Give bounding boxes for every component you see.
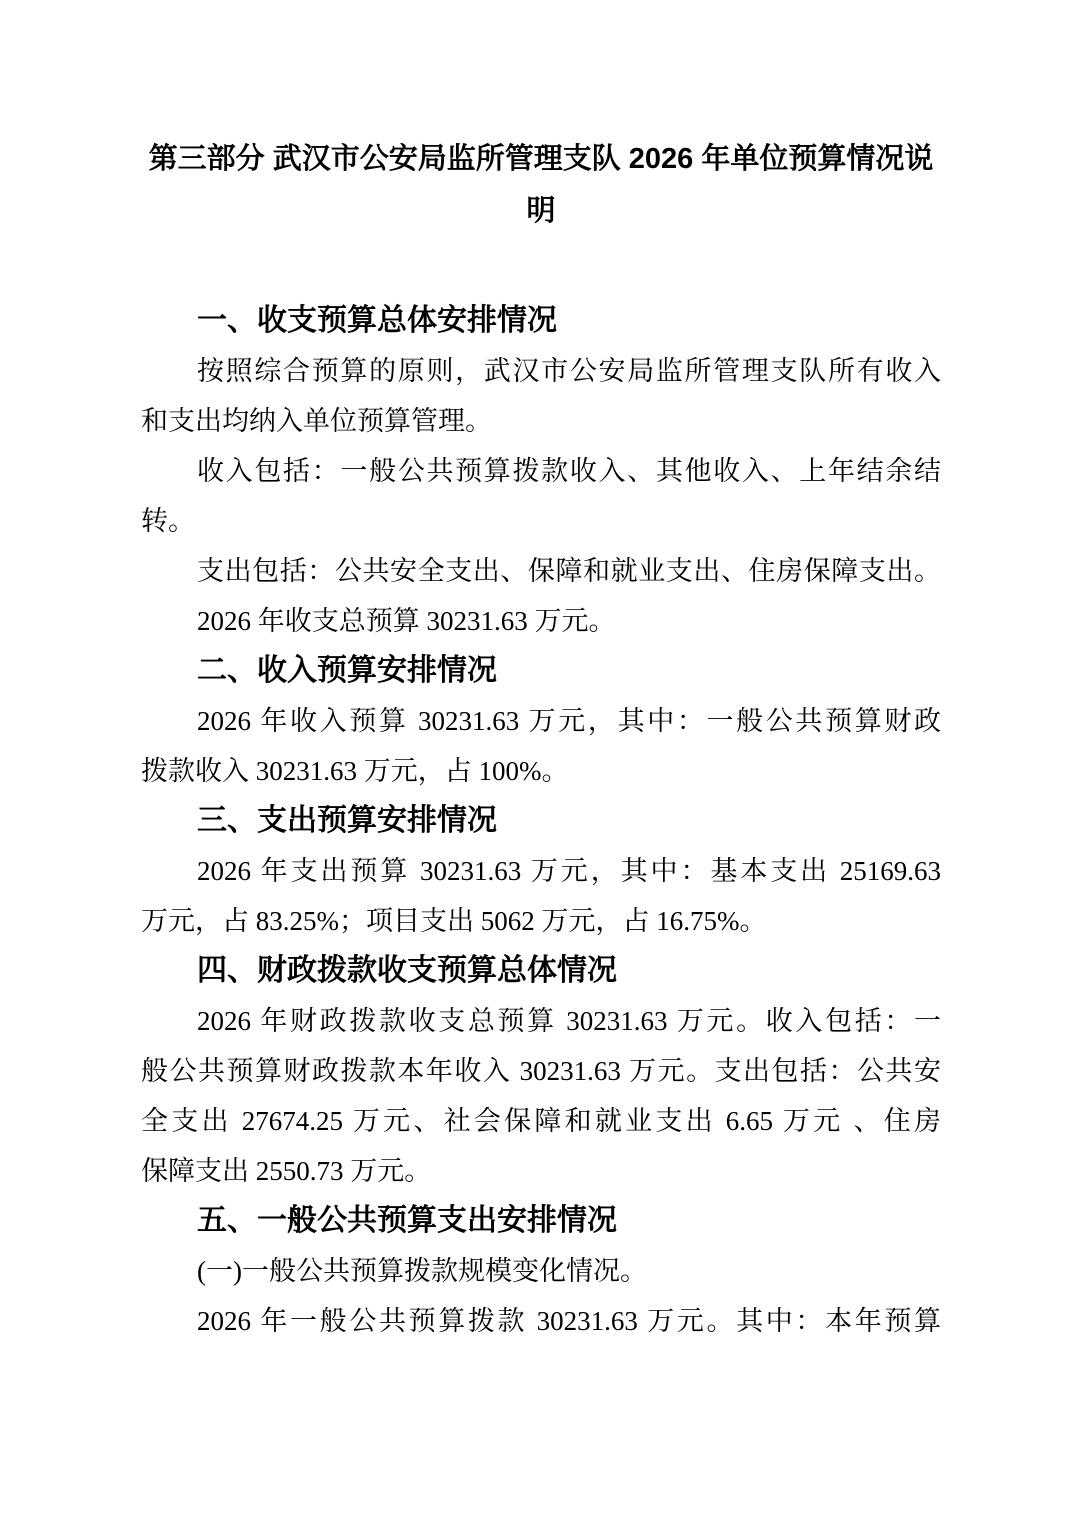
paragraph-line: 保障支出 2550.73 万元。: [141, 1146, 941, 1196]
paragraph-line: 和支出均纳入单位预算管理。: [141, 396, 941, 446]
paragraph-line: 收入包括：一般公共预算拨款收入、其他收入、上年结余结: [141, 446, 941, 496]
paragraph-line: 支出包括：公共安全支出、保障和就业支出、住房保障支出。: [141, 546, 941, 596]
paragraph-line: 2026 年收入预算 30231.63 万元，其中：一般公共预算财政: [141, 696, 941, 746]
paragraph-line: 2026 年收支总预算 30231.63 万元。: [141, 596, 941, 646]
section-heading: 四、财政拨款收支预算总体情况: [141, 946, 941, 996]
document-title: 第三部分 武汉市公安局监所管理支队 2026 年单位预算情况说 明: [141, 133, 941, 237]
paragraph-line: 万元，占 83.25%；项目支出 5062 万元，占 16.75%。: [141, 896, 941, 946]
paragraph-line: (一)一般公共预算拨款规模变化情况。: [141, 1246, 941, 1296]
paragraph-line: 2026 年支出预算 30231.63 万元，其中：基本支出 25169.63: [141, 846, 941, 896]
document-title-line: 第三部分 武汉市公安局监所管理支队 2026 年单位预算情况说: [141, 133, 941, 185]
paragraph-line: 全支出 27674.25 万元、社会保障和就业支出 6.65 万元 、住房: [141, 1096, 941, 1146]
document-title-line: 明: [141, 185, 941, 237]
section-heading: 三、支出预算安排情况: [141, 796, 941, 846]
paragraph-line: 拨款收入 30231.63 万元，占 100%。: [141, 746, 941, 796]
section-heading: 二、收入预算安排情况: [141, 646, 941, 696]
paragraph-line: 2026 年财政拨款收支总预算 30231.63 万元。收入包括：一: [141, 996, 941, 1046]
paragraph-line: 按照综合预算的原则，武汉市公安局监所管理支队所有收入: [141, 346, 941, 396]
section-heading: 五、一般公共预算支出安排情况: [141, 1196, 941, 1246]
section-heading: 一、收支预算总体安排情况: [141, 296, 941, 346]
document-page: 第三部分 武汉市公安局监所管理支队 2026 年单位预算情况说 明 一、收支预算…: [0, 0, 1074, 1520]
document-body: 第三部分 武汉市公安局监所管理支队 2026 年单位预算情况说 明 一、收支预算…: [141, 133, 941, 1346]
paragraph-line: 转。: [141, 496, 941, 546]
paragraph-line: 般公共预算财政拨款本年收入 30231.63 万元。支出包括：公共安: [141, 1046, 941, 1096]
paragraph-line: 2026 年一般公共预算拨款 30231.63 万元。其中：本年预算: [141, 1296, 941, 1346]
